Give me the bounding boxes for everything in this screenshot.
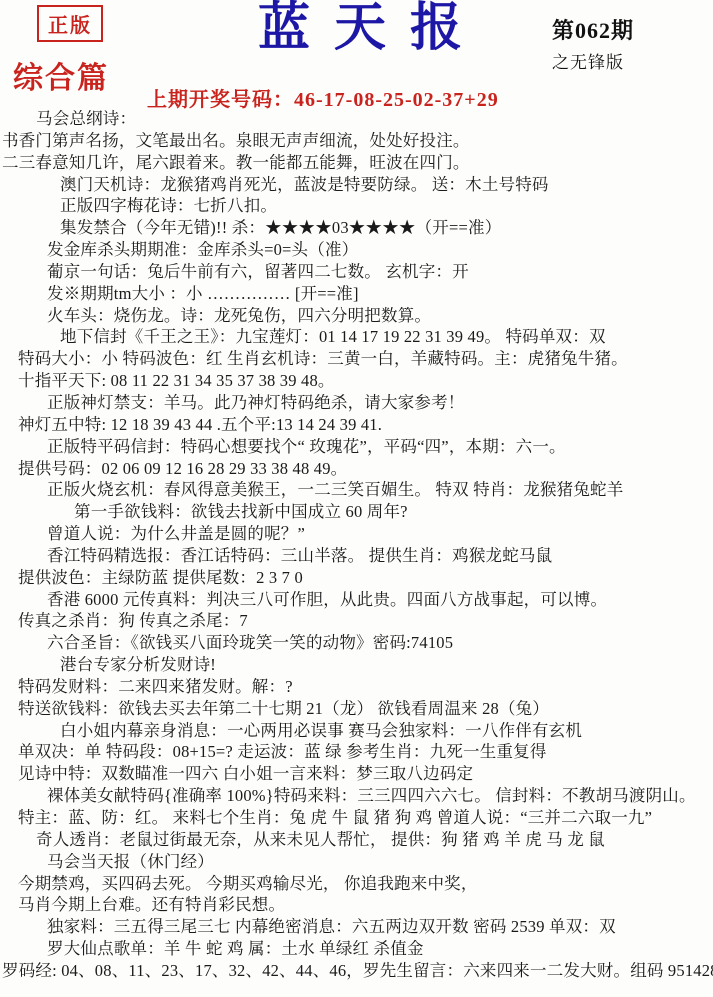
text-line: 罗大仙点歌单：羊 牛 蛇 鸡 属：土水 单绿红 杀值金 (0, 938, 713, 960)
text-line: 正版火烧玄机：春风得意美猴王，一二三笑百媚生。 特双 特肖：龙猴猪兔蛇羊 (0, 479, 713, 501)
content-lines: 马会总纲诗：书香门第声名扬，文笔最出名。泉眼无声声细流，处处好投注。二三春意知几… (0, 108, 713, 982)
text-line: 提供号码：02 06 09 12 16 28 29 33 38 48 49。 (0, 458, 713, 480)
authentic-badge: 正版 (37, 5, 103, 42)
text-line: 集发禁合（今年无错)!! 杀：★★★★03★★★★（开==准） (0, 217, 713, 239)
issue-number: 第062期 (552, 14, 634, 45)
text-line: 书香门第声名扬，文笔最出名。泉眼无声声细流，处处好投注。 (0, 130, 713, 152)
text-line: 马肖今期上台难。还有特肖彩民想。 (0, 894, 713, 916)
text-line: 港台专家分析发财诗! (0, 654, 713, 676)
text-line: 特主：蓝、防：红。 来料七个生肖：兔 虎 牛 鼠 猪 狗 鸡 曾道人说：“三并二… (0, 807, 713, 829)
text-line: 特码大小：小 特码波色：红 生肖玄机诗：三黄一白，羊藏特码。主：虎猪兔牛猪。 (0, 348, 713, 370)
text-line: 今期禁鸡，买四码去死。 今期买鸡输尽光， 你追我跑来中奖， (0, 873, 713, 895)
text-line: 火车头：烧伤龙。诗：龙死兔伤，四六分明把数算。 (0, 305, 713, 327)
text-line: 白小姐内幕亲身消息：一心两用必误事 赛马会独家料：一八作伴有玄机 (0, 720, 713, 742)
text-line: 二三春意知几许，尾六跟着来。教一能都五能舞，旺波在四门。 (0, 152, 713, 174)
text-line: 见诗中特：双数瞄准一四六 白小姐一言来料：梦三取八边码定 (0, 763, 713, 785)
text-line: 单双决：单 特码段：08+15=? 走运波：蓝 绿 参考生肖：九死一生重复得 (0, 741, 713, 763)
text-line: 提供波色：主绿防蓝 提供尾数：2 3 7 0 (0, 567, 713, 589)
text-line: 特码发财料：二来四来猪发财。解：? (0, 676, 713, 698)
text-line: 奇人透肖：老鼠过街最无奈，从来未见人帮忙， 提供：狗 猪 鸡 羊 虎 马 龙 鼠 (0, 829, 713, 851)
issue-block: 第062期 之无锋版 (552, 14, 634, 73)
text-line: 地下信封《千王之王》：九宝莲灯：01 14 17 19 22 31 39 49。… (0, 326, 713, 348)
text-line: 特送欲钱料：欲钱去买去年第二十七期 21（龙） 欲钱看周温来 28（兔） (0, 698, 713, 720)
text-line: 正版特平码信封：特码心想要找个“ 玫瑰花”，平码“四”，本期：六一。 (0, 436, 713, 458)
text-line: 传真之杀肖：狗 传真之杀尾：7 (0, 610, 713, 632)
text-line: 发※期期tm大小 ：小 …………… [开==准] (0, 283, 713, 305)
newspaper-page: 正版 蓝天报 第062期 之无锋版 综合篇 上期开奖号码：46-17-08-25… (0, 0, 713, 997)
text-line: 神灯五中特: 12 18 39 43 44 .五个平:13 14 24 39 4… (0, 414, 713, 436)
text-line: 裸体美女献特码{准确率 100%}特码来料：三三四四六六七。 信封料：不教胡马渡… (0, 785, 713, 807)
text-line: 罗码经: 04、08、11、23、17、32、42、44、46，罗先生留言：六来… (0, 960, 713, 982)
text-line: 正版神灯禁支：羊马。此乃神灯特码绝杀，请大家参考！ (0, 392, 713, 414)
text-line: 香港 6000 元传真料：判决三八可作胆，从此贵。四面八方战事起，可以博。 (0, 589, 713, 611)
text-line: 独家料：三五得三尾三七 内幕绝密消息：六五两边双开数 密码 2539 单双：双 (0, 916, 713, 938)
text-line: 曾道人说：为什么井盖是圆的呢？” (0, 523, 713, 545)
text-line: 十指平天下: 08 11 22 31 34 35 37 38 39 48。 (0, 370, 713, 392)
text-line: 澳门天机诗：龙猴猪鸡肖死光，蓝波是特要防绿。 送：木土号特码 (0, 174, 713, 196)
text-line: 马会总纲诗： (0, 108, 713, 130)
page-title: 蓝天报 (150, 0, 570, 58)
section-title: 综合篇 (13, 53, 109, 97)
text-line: 六合圣旨：《欲钱买八面玲珑笑一笑的动物》密码:74105 (0, 632, 713, 654)
edition-name: 之无锋版 (552, 48, 634, 73)
text-line: 香江特码精选报：香江话特码：三山半落。 提供生肖：鸡猴龙蛇马鼠 (0, 545, 713, 567)
text-line: 葡京一句话：兔后牛前有六，留著四二七数。 玄机字：开 (0, 261, 713, 283)
text-line: 马会当天报（休门经） (0, 851, 713, 873)
text-line: 正版四字梅花诗：七折八扣。 (0, 195, 713, 217)
text-line: 发金库杀头期期准：金库杀头=0=头（准） (0, 239, 713, 261)
text-line: 第一手欲钱料：欲钱去找新中国成立 60 周年? (0, 501, 713, 523)
